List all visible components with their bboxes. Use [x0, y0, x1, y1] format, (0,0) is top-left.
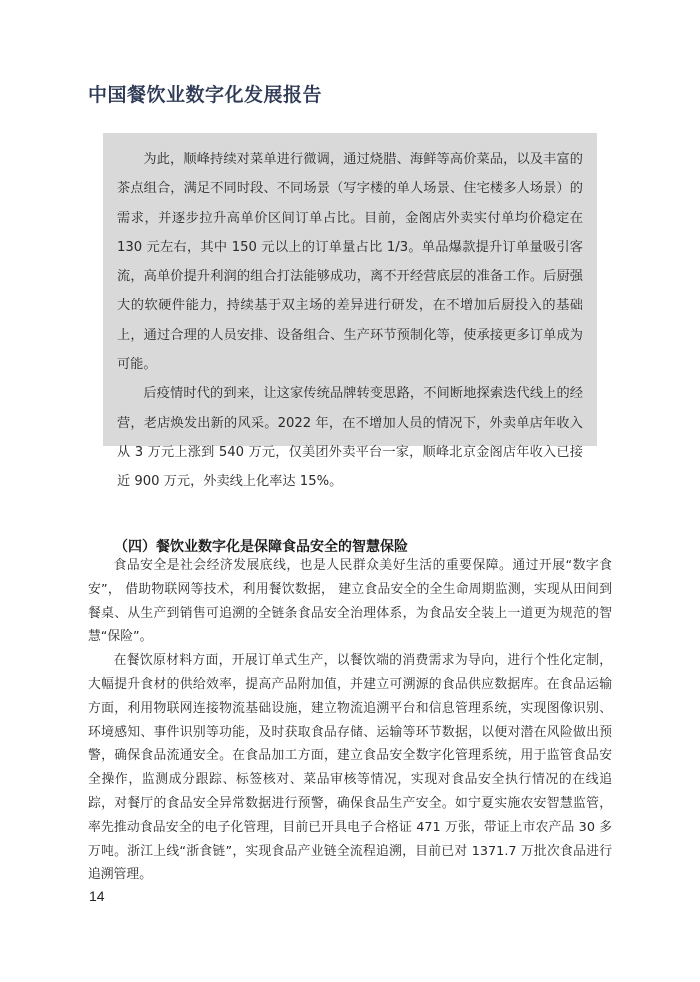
section-heading: （四）餐饮业数字化是保障食品安全的智慧保险: [114, 536, 408, 556]
callout-paragraph: 后疫情时代的到来，让这家传统品牌转变思路，不间断地探索迭代线上的经营，老店焕发出…: [117, 379, 583, 496]
body-paragraph: 食品安全是社会经济发展底线，也是人民群众美好生活的重要保障。通过开展“数字食安”…: [88, 554, 612, 649]
report-title: 中国餐饮业数字化发展报告: [88, 80, 322, 107]
page-number: 14: [89, 888, 105, 904]
callout-paragraph: 为此，顺峰持续对菜单进行微调，通过烧腊、海鲜等高价菜品，以及丰富的茶点组合，满足…: [117, 145, 583, 379]
section-body: 食品安全是社会经济发展底线，也是人民群众美好生活的重要保障。通过开展“数字食安”…: [88, 554, 612, 887]
case-study-callout-box: 为此，顺峰持续对菜单进行微调，通过烧腊、海鲜等高价菜品，以及丰富的茶点组合，满足…: [103, 133, 597, 446]
body-paragraph: 在餐饮原材料方面，开展订单式生产，以餐饮端的消费需求为导向，进行个性化定制，大幅…: [88, 649, 612, 887]
